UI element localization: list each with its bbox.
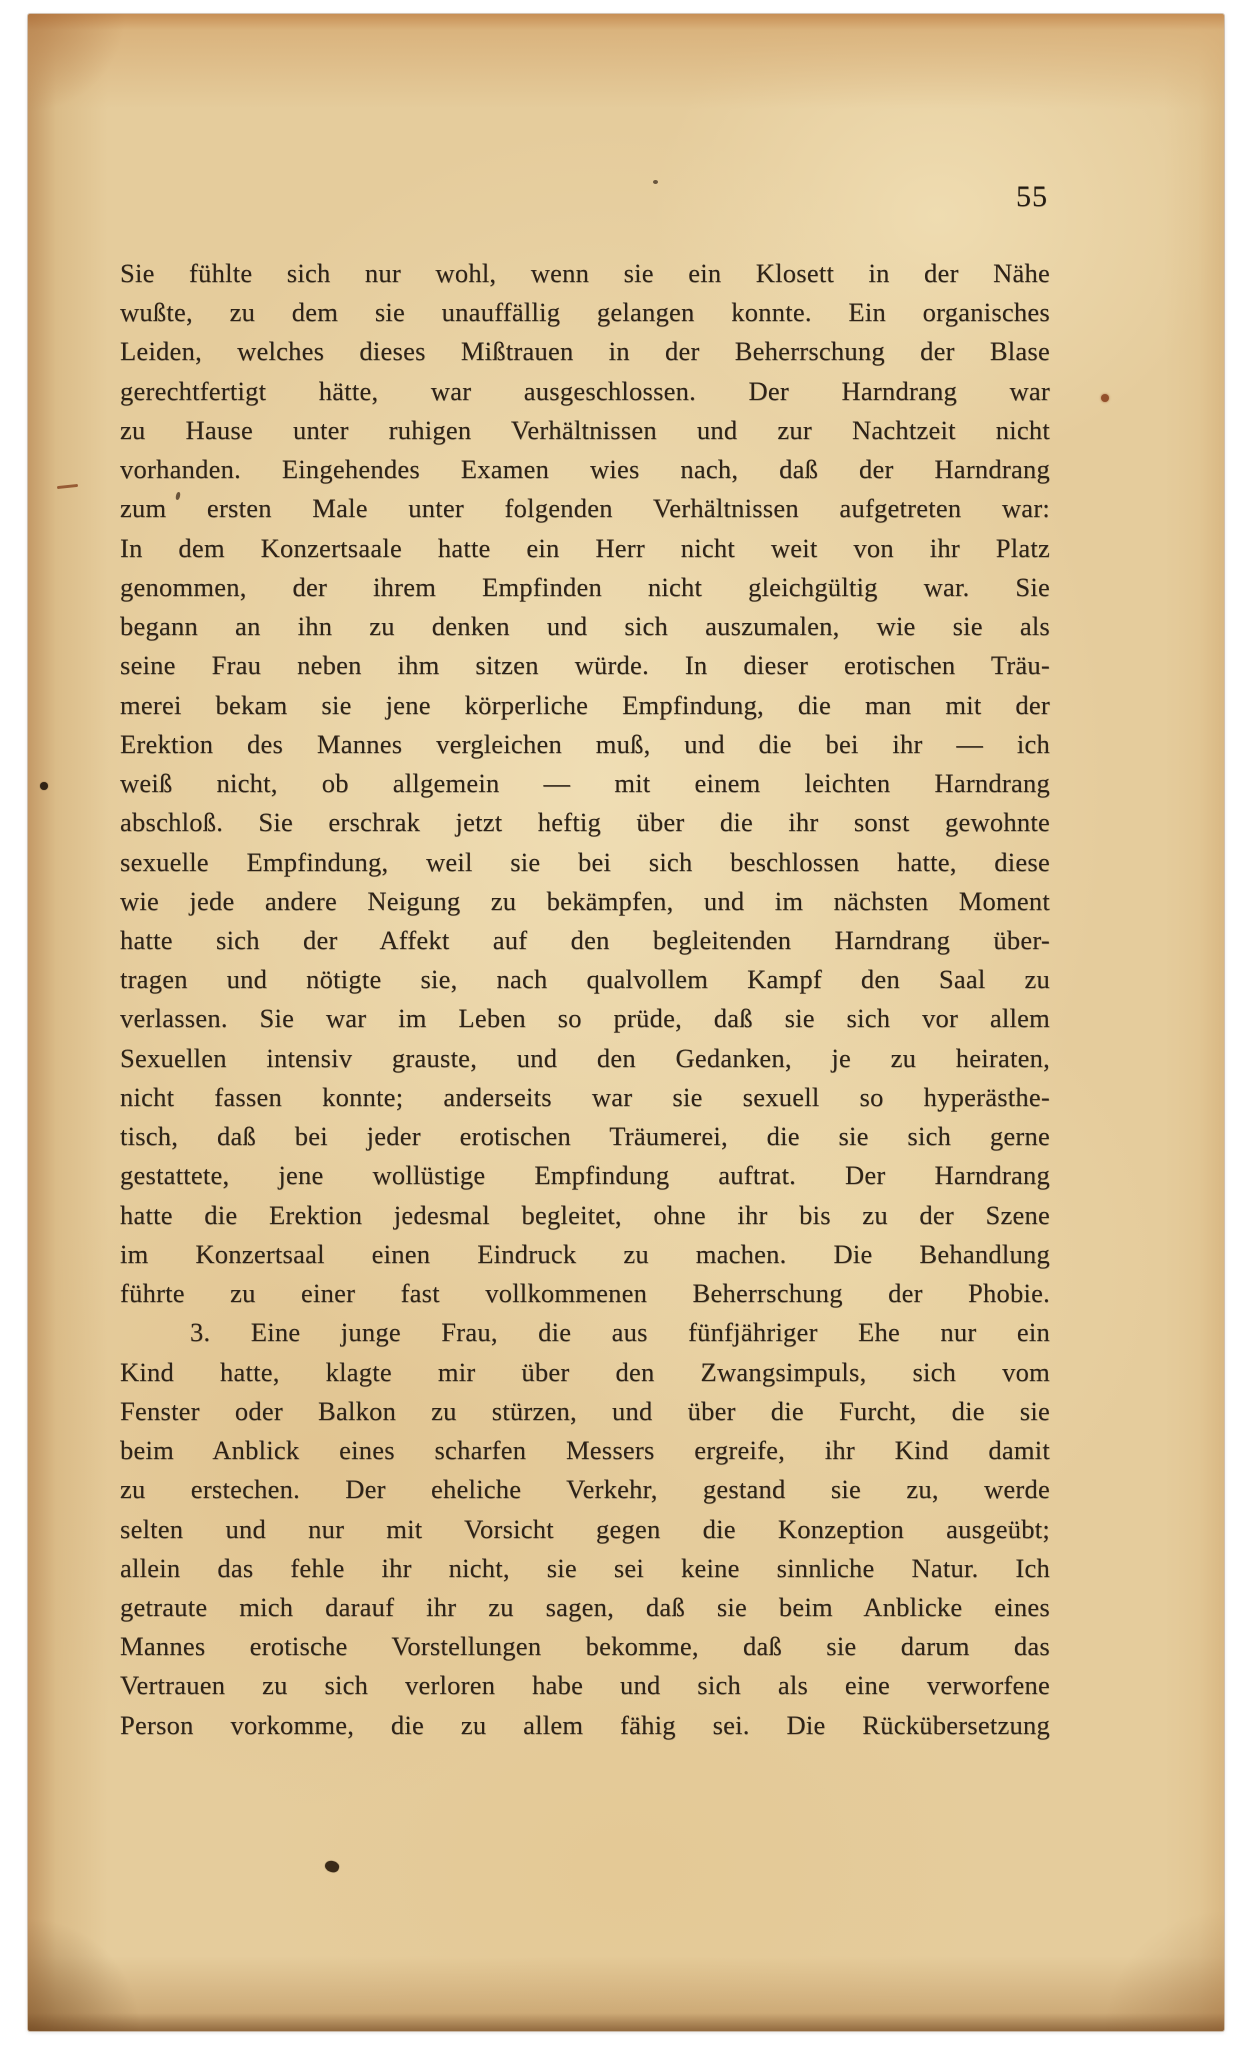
text-line: zu erstechen. Der eheliche Verkehr, gest…	[120, 1470, 1050, 1509]
scan-background: 55 Sie fühlte sich nur wohl, wenn sie ei…	[0, 0, 1251, 2048]
text-line: zu Hause unter ruhigen Verhältnissen und…	[120, 411, 1050, 450]
text-line: führte zu einer fast vollkommenen Beherr…	[120, 1274, 1050, 1313]
text-line: 3. Eine junge Frau, die aus fünfjähriger…	[120, 1313, 1050, 1352]
text-line: Erektion des Mannes vergleichen muß, und…	[120, 725, 1050, 764]
text-line: im Konzertsaal einen Eindruck zu machen.…	[120, 1235, 1050, 1274]
text-line: verlassen. Sie war im Leben so prüde, da…	[120, 999, 1050, 1038]
text-line: Vertrauen zu sich verloren habe und sich…	[120, 1666, 1050, 1705]
text-line: Sie fühlte sich nur wohl, wenn sie ein K…	[120, 254, 1050, 293]
text-line: nicht fassen konnte; anderseits war sie …	[120, 1078, 1050, 1117]
text-line: Fenster oder Balkon zu stürzen, und über…	[120, 1392, 1050, 1431]
text-line: genommen, der ihrem Empfinden nicht glei…	[120, 568, 1050, 607]
page-number: 55	[1016, 182, 1048, 212]
ink-spot-bottom	[324, 1859, 341, 1874]
text-line: Kind hatte, klagte mir über den Zwangsim…	[120, 1353, 1050, 1392]
text-line: tragen und nötigte sie, nach qualvollem …	[120, 960, 1050, 999]
text-line: gerechtfertigt hätte, war ausgeschlossen…	[120, 372, 1050, 411]
text-line: weiß nicht, ob allgemein — mit einem lei…	[120, 764, 1050, 803]
text-line: In dem Konzertsaale hatte ein Herr nicht…	[120, 529, 1050, 568]
text-line: gestattete, jene wollüstige Empfindung a…	[120, 1156, 1050, 1195]
text-line: beim Anblick eines scharfen Messers ergr…	[120, 1431, 1050, 1470]
text-line: wußte, zu dem sie unauffällig gelangen k…	[120, 293, 1050, 332]
text-line: sexuelle Empfindung, weil sie bei sich b…	[120, 843, 1050, 882]
text-line: selten und nur mit Vorsicht gegen die Ko…	[120, 1510, 1050, 1549]
text-line: tisch, daß bei jeder erotischen Träumere…	[120, 1117, 1050, 1156]
text-line: Mannes erotische Vorstellungen bekomme, …	[120, 1627, 1050, 1666]
page-text: Sie fühlte sich nur wohl, wenn sie ein K…	[120, 254, 1050, 1745]
text-line: merei bekam sie jene körperliche Empfind…	[120, 686, 1050, 725]
red-ink-dash	[57, 484, 78, 489]
text-line: getraute mich darauf ihr zu sagen, daß s…	[120, 1588, 1050, 1627]
red-ink-dot-right-margin	[1101, 394, 1109, 402]
text-line: zum ersten Male unter folgenden Verhältn…	[120, 489, 1050, 528]
text-line: Person vorkomme, die zu allem fähig sei.…	[120, 1706, 1050, 1745]
text-line: allein das fehle ihr nicht, sie sei kein…	[120, 1549, 1050, 1588]
book-page: 55 Sie fühlte sich nur wohl, wenn sie ei…	[28, 14, 1224, 2031]
ink-dot-left-margin	[40, 782, 48, 790]
text-line: seine Frau neben ihm sitzen würde. In di…	[120, 646, 1050, 685]
text-line: hatte die Erektion jedesmal begleitet, o…	[120, 1196, 1050, 1235]
text-line: vorhanden. Eingehendes Examen wies nach,…	[120, 450, 1050, 489]
text-line: begann an ihn zu denken und sich auszuma…	[120, 607, 1050, 646]
ink-dot-top	[653, 180, 658, 184]
text-line: wie jede andere Neigung zu bekämpfen, un…	[120, 882, 1050, 921]
text-line: Sexuellen intensiv grauste, und den Geda…	[120, 1039, 1050, 1078]
text-line: abschloß. Sie erschrak jetzt heftig über…	[120, 803, 1050, 842]
text-line: Leiden, welches dieses Mißtrauen in der …	[120, 332, 1050, 371]
text-line: hatte sich der Affekt auf den begleitend…	[120, 921, 1050, 960]
